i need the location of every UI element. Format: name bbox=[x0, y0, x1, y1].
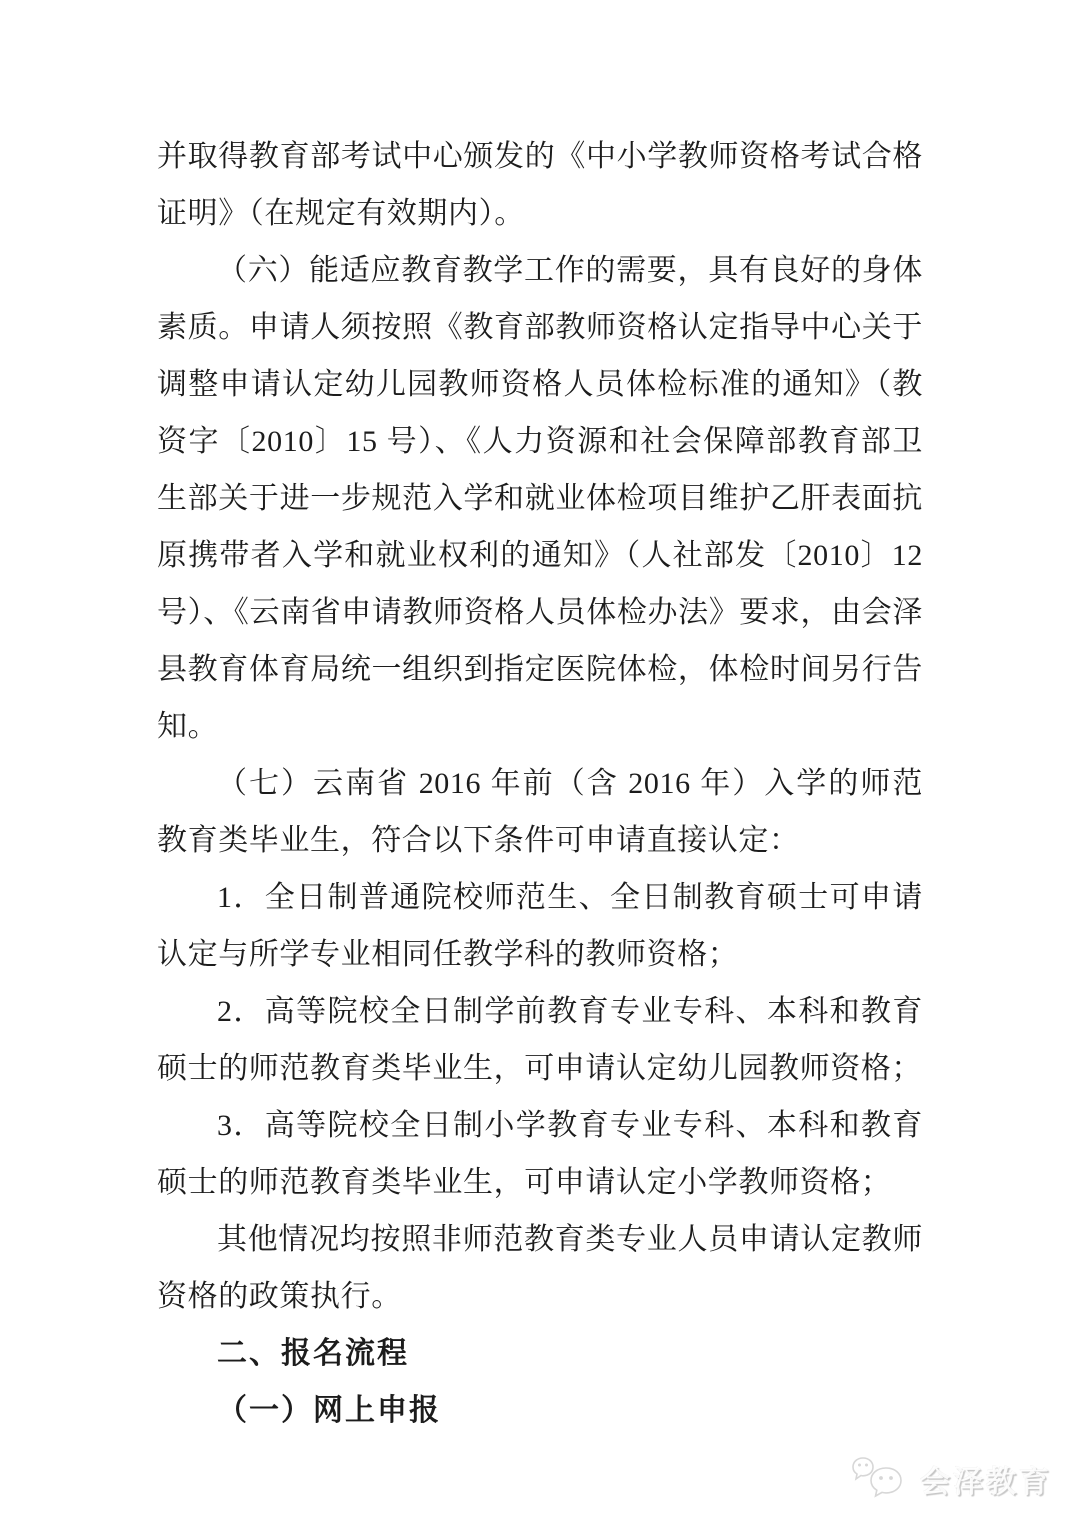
document-page: 并取得教育部考试中心颁发的《中小学教师资格考试合格证明》（在规定有效期内）。（六… bbox=[0, 0, 1080, 1528]
paragraph: （一）网上申报 bbox=[157, 1382, 923, 1439]
paragraph: 二、报名流程 bbox=[157, 1325, 923, 1382]
wechat-logo-icon bbox=[850, 1454, 912, 1504]
paragraph: 3．高等院校全日制小学教育专业专科、本科和教育硕士的师范教育类毕业生，可申请认定… bbox=[157, 1097, 923, 1211]
paragraph: （六）能适应教育教学工作的需要，具有良好的身体素质。申请人须按照《教育部教师资格… bbox=[157, 242, 923, 755]
paragraph: 2．高等院校全日制学前教育专业专科、本科和教育硕士的师范教育类毕业生，可申请认定… bbox=[157, 983, 923, 1097]
paragraph: （七）云南省 2016 年前（含 2016 年）入学的师范教育类毕业生，符合以下… bbox=[157, 755, 923, 869]
watermark-label: 会泽教育 bbox=[920, 1457, 1052, 1501]
paragraph: 并取得教育部考试中心颁发的《中小学教师资格考试合格证明》（在规定有效期内）。 bbox=[157, 128, 923, 242]
watermark: 会泽教育 bbox=[850, 1454, 1052, 1504]
paragraph: 1．全日制普通院校师范生、全日制教育硕士可申请认定与所学专业相同任教学科的教师资… bbox=[157, 869, 923, 983]
paragraph: 其他情况均按照非师范教育类专业人员申请认定教师资格的政策执行。 bbox=[157, 1211, 923, 1325]
document-body: 并取得教育部考试中心颁发的《中小学教师资格考试合格证明》（在规定有效期内）。（六… bbox=[157, 128, 923, 1439]
